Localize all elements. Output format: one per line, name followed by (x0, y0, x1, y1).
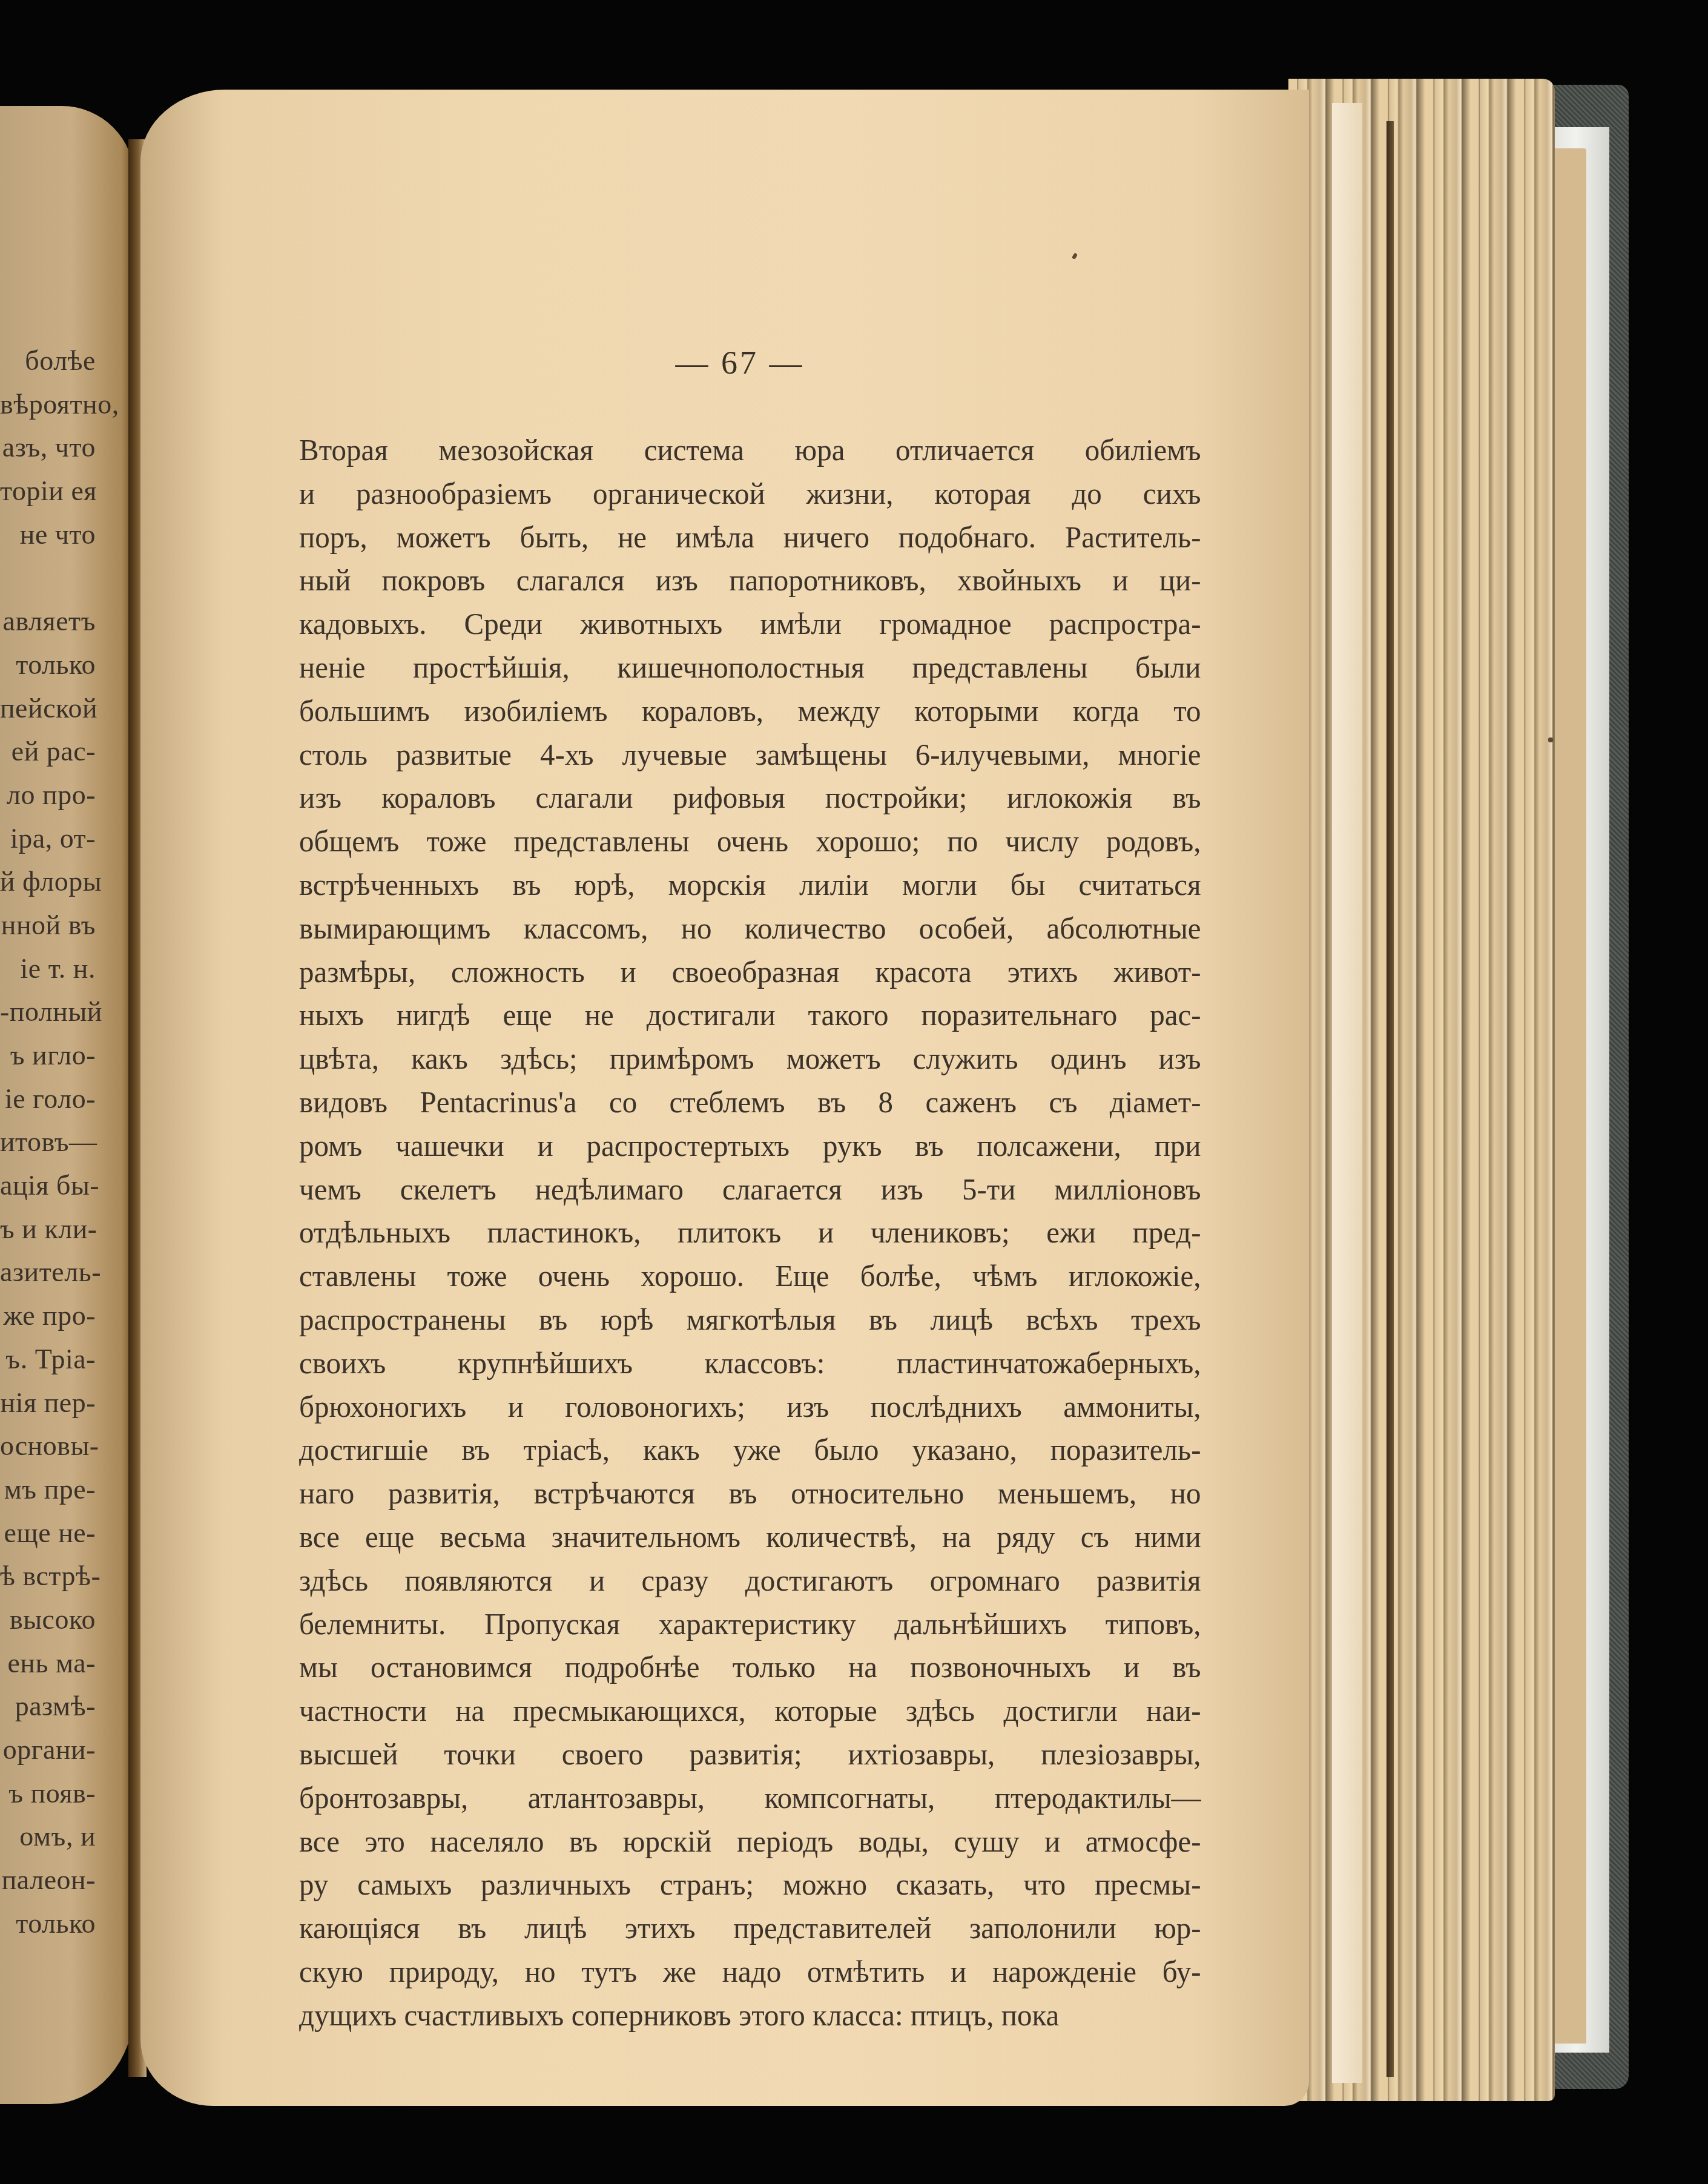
page-stack (1288, 79, 1555, 2101)
left-page-line-fragment: ація бы- (0, 1164, 96, 1207)
left-page-line-fragment: торіи ея (0, 469, 96, 513)
left-page-line-fragment: только (0, 1902, 96, 1945)
text-line: брюхоногихъ и головоногихъ; изъ послѣдни… (299, 1385, 1201, 1429)
left-page-line-fragment: болѣе (0, 339, 96, 383)
text-line: кающіяся въ лицѣ этихъ представителей за… (299, 1907, 1201, 1950)
left-page-line-fragment: только (0, 643, 96, 687)
left-page-line-fragment: ей рас- (0, 730, 96, 773)
text-line: видовъ Pentacrinus'а со стеблемъ въ 8 са… (299, 1081, 1201, 1124)
left-page-line-fragment: ъ. Тріа- (0, 1338, 96, 1381)
text-line: белемниты. Пропуская характеристику даль… (299, 1603, 1201, 1646)
left-page-line-fragment: ъ появ- (0, 1772, 96, 1815)
left-page-line-fragment: авляетъ (0, 599, 96, 643)
text-line: изъ кораловъ слагали рифовыя постройки; … (299, 776, 1201, 820)
left-page-line-fragment: вѣроятно, (0, 383, 96, 426)
text-line: кадовыхъ. Среди животныхъ имѣли громадно… (299, 602, 1201, 646)
text-line: бронтозавры, атлантозавры, компсогнаты, … (299, 1777, 1201, 1820)
left-page-line-fragment: ъ игло- (0, 1034, 96, 1077)
text-line: ромъ чашечки и распростертыхъ рукъ въ по… (299, 1124, 1201, 1168)
left-page-line-fragment (0, 556, 96, 599)
left-page-line-fragment: іе голо- (0, 1077, 96, 1121)
left-page-line-fragment: -полный (0, 990, 96, 1034)
text-line: отдѣльныхъ пластинокъ, плитокъ и членико… (299, 1211, 1201, 1255)
left-page-line-fragment: мъ пре- (0, 1468, 96, 1511)
left-page-line-fragment: іе т. н. (0, 947, 96, 991)
left-page-line-fragment: органи- (0, 1728, 96, 1772)
text-line: ставлены тоже очень хорошо. Еще болѣе, ч… (299, 1255, 1201, 1298)
text-line: здѣсь появляются и сразу достигаютъ огро… (299, 1559, 1201, 1603)
left-page-line-fragment: высоко (0, 1598, 96, 1641)
left-page-line-fragment: ень ма- (0, 1641, 96, 1685)
text-line: поръ, можетъ быть, не имѣла ничего подоб… (299, 516, 1201, 559)
text-line: высшей точки своего развитія; ихтіозавры… (299, 1733, 1201, 1777)
text-line: Вторая мезозойская система юра отличаетс… (299, 429, 1201, 472)
text-line: наго развитія, встрѣчаются въ относитель… (299, 1472, 1201, 1516)
text-line: все это населяло въ юрскій періодъ воды,… (299, 1820, 1201, 1864)
text-line: и разнообразіемъ органической жизни, кот… (299, 472, 1201, 516)
left-page-line-fragment: итовъ— (0, 1120, 96, 1164)
text-line: все еще весьма значительномъ количествѣ,… (299, 1516, 1201, 1559)
text-line: общемъ тоже представлены очень хорошо; п… (299, 820, 1201, 863)
left-page-line-fragment: размѣ- (0, 1684, 96, 1728)
text-line: чемъ скелетъ недѣлимаго слагается изъ 5-… (299, 1168, 1201, 1212)
text-line: достигшіе въ тріасѣ, какъ уже было указа… (299, 1428, 1201, 1472)
text-line: цвѣта, какъ здѣсь; примѣромъ можетъ служ… (299, 1037, 1201, 1081)
left-page-line-fragment: азъ, что (0, 426, 96, 469)
left-page-line-fragment: основы- (0, 1424, 96, 1468)
text-line: скую природу, но тутъ же надо отмѣтить и… (299, 1950, 1201, 1994)
left-page-text: болѣевѣроятно,азъ, чтоторіи еяне чтоавля… (0, 339, 96, 1945)
left-page-line-fragment: іра, от- (0, 817, 96, 860)
text-line: распространены въ юрѣ мягкотѣлыя въ лицѣ… (299, 1298, 1201, 1342)
text-line: столь развитые 4-хъ лучевые замѣщены 6-и… (299, 733, 1201, 777)
left-page-line-fragment: еще не- (0, 1511, 96, 1555)
left-page-line-fragment: ъ и кли- (0, 1207, 96, 1251)
white-leaf-edge (1332, 103, 1362, 2083)
paper-speck (1548, 737, 1553, 742)
text-line: ный покровъ слагался изъ папоротниковъ, … (299, 559, 1201, 602)
text-line: ныхъ нигдѣ еще не достигали такого пораз… (299, 994, 1201, 1037)
text-line: размѣры, сложность и своеобразная красот… (299, 951, 1201, 994)
left-page-line-fragment: палеон- (0, 1858, 96, 1902)
left-page-line-fragment: нной въ (0, 903, 96, 947)
paper-speck (1072, 252, 1078, 260)
text-line: встрѣченныхъ въ юрѣ, морскія лиліи могли… (299, 863, 1201, 907)
left-page-line-fragment: азитель- (0, 1250, 96, 1294)
text-line: своихъ крупнѣйшихъ классовъ: пластинчато… (299, 1342, 1201, 1385)
left-page-line-fragment: нія пер- (0, 1381, 96, 1425)
left-page-line-fragment: же про- (0, 1294, 96, 1338)
text-line: частности на пресмыкающихся, которые здѣ… (299, 1689, 1201, 1733)
text-line: мы остановимся подробнѣе только на позво… (299, 1646, 1201, 1689)
left-page-line-fragment: ло про- (0, 773, 96, 817)
left-page-line-fragment: не что (0, 513, 96, 556)
text-line: неніе простѣйшія, кишечнополостныя предс… (299, 646, 1201, 690)
left-page-line-fragment: омъ, и (0, 1815, 96, 1858)
dark-leaf-gap (1387, 121, 1394, 2077)
left-page-line-fragment: й флоры (0, 860, 96, 903)
left-page-line-fragment: ѣ встрѣ- (0, 1554, 96, 1598)
text-line: большимъ изобиліемъ кораловъ, между кото… (299, 690, 1201, 733)
left-page-line-fragment: пейской (0, 687, 96, 730)
text-line: ру самыхъ различныхъ странъ; можно сказа… (299, 1863, 1201, 1907)
main-page: — 67 — Вторая мезозойская система юра от… (140, 90, 1309, 2106)
page-body-text: Вторая мезозойская система юра отличаетс… (299, 429, 1219, 2037)
text-line: дущихъ счастливыхъ соперниковъ этого кла… (299, 1994, 1201, 2037)
text-line: вымирающимъ классомъ, но количество особ… (299, 907, 1201, 951)
page-number: — 67 — (649, 344, 831, 381)
